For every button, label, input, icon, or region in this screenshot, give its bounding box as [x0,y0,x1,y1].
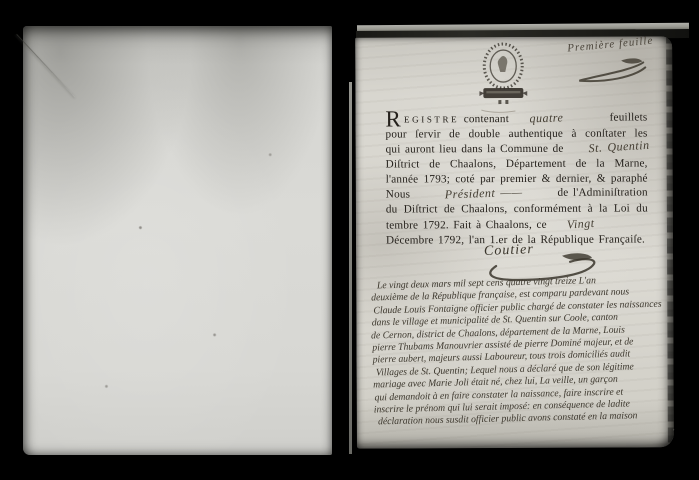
printed-register-text: REGISTRE contenant quatre feuillets pour… [385,110,648,247]
handwritten-fill-day: Vingt [567,216,595,232]
register-line: tembre 1792. Fait à Chaalons, ce Vingt [386,216,648,233]
handwritten-fill-commune: St. Quentin [588,138,650,156]
register-title-page: Première feuille REGISTRE contenant quat… [355,36,674,448]
revenue-stamp-icon [479,41,527,115]
register-line: du Diſtrict de Chaalons, conformément à … [386,202,648,218]
register-line: Diſtrict de Chaalons, Département de la … [386,157,648,173]
register-line: REGISTRE contenant quatre feuillets [385,110,647,127]
handwritten-fill-officer: Président —— [445,185,523,202]
book-gutter [349,82,352,454]
left-blank-page [23,26,332,455]
register-line: Nous Président —— de l'Adminiſtration [386,186,648,203]
header-annotation: Première feuille [567,36,654,54]
register-line: qui auront lieu dans la Commune de St. Q… [386,141,648,158]
manuscript-act-text: Le vingt deux mars mil sept cens quatre … [371,273,674,429]
handwritten-fill-sheet-count: quatre [529,110,563,126]
paraph-flourish-icon [571,54,649,86]
